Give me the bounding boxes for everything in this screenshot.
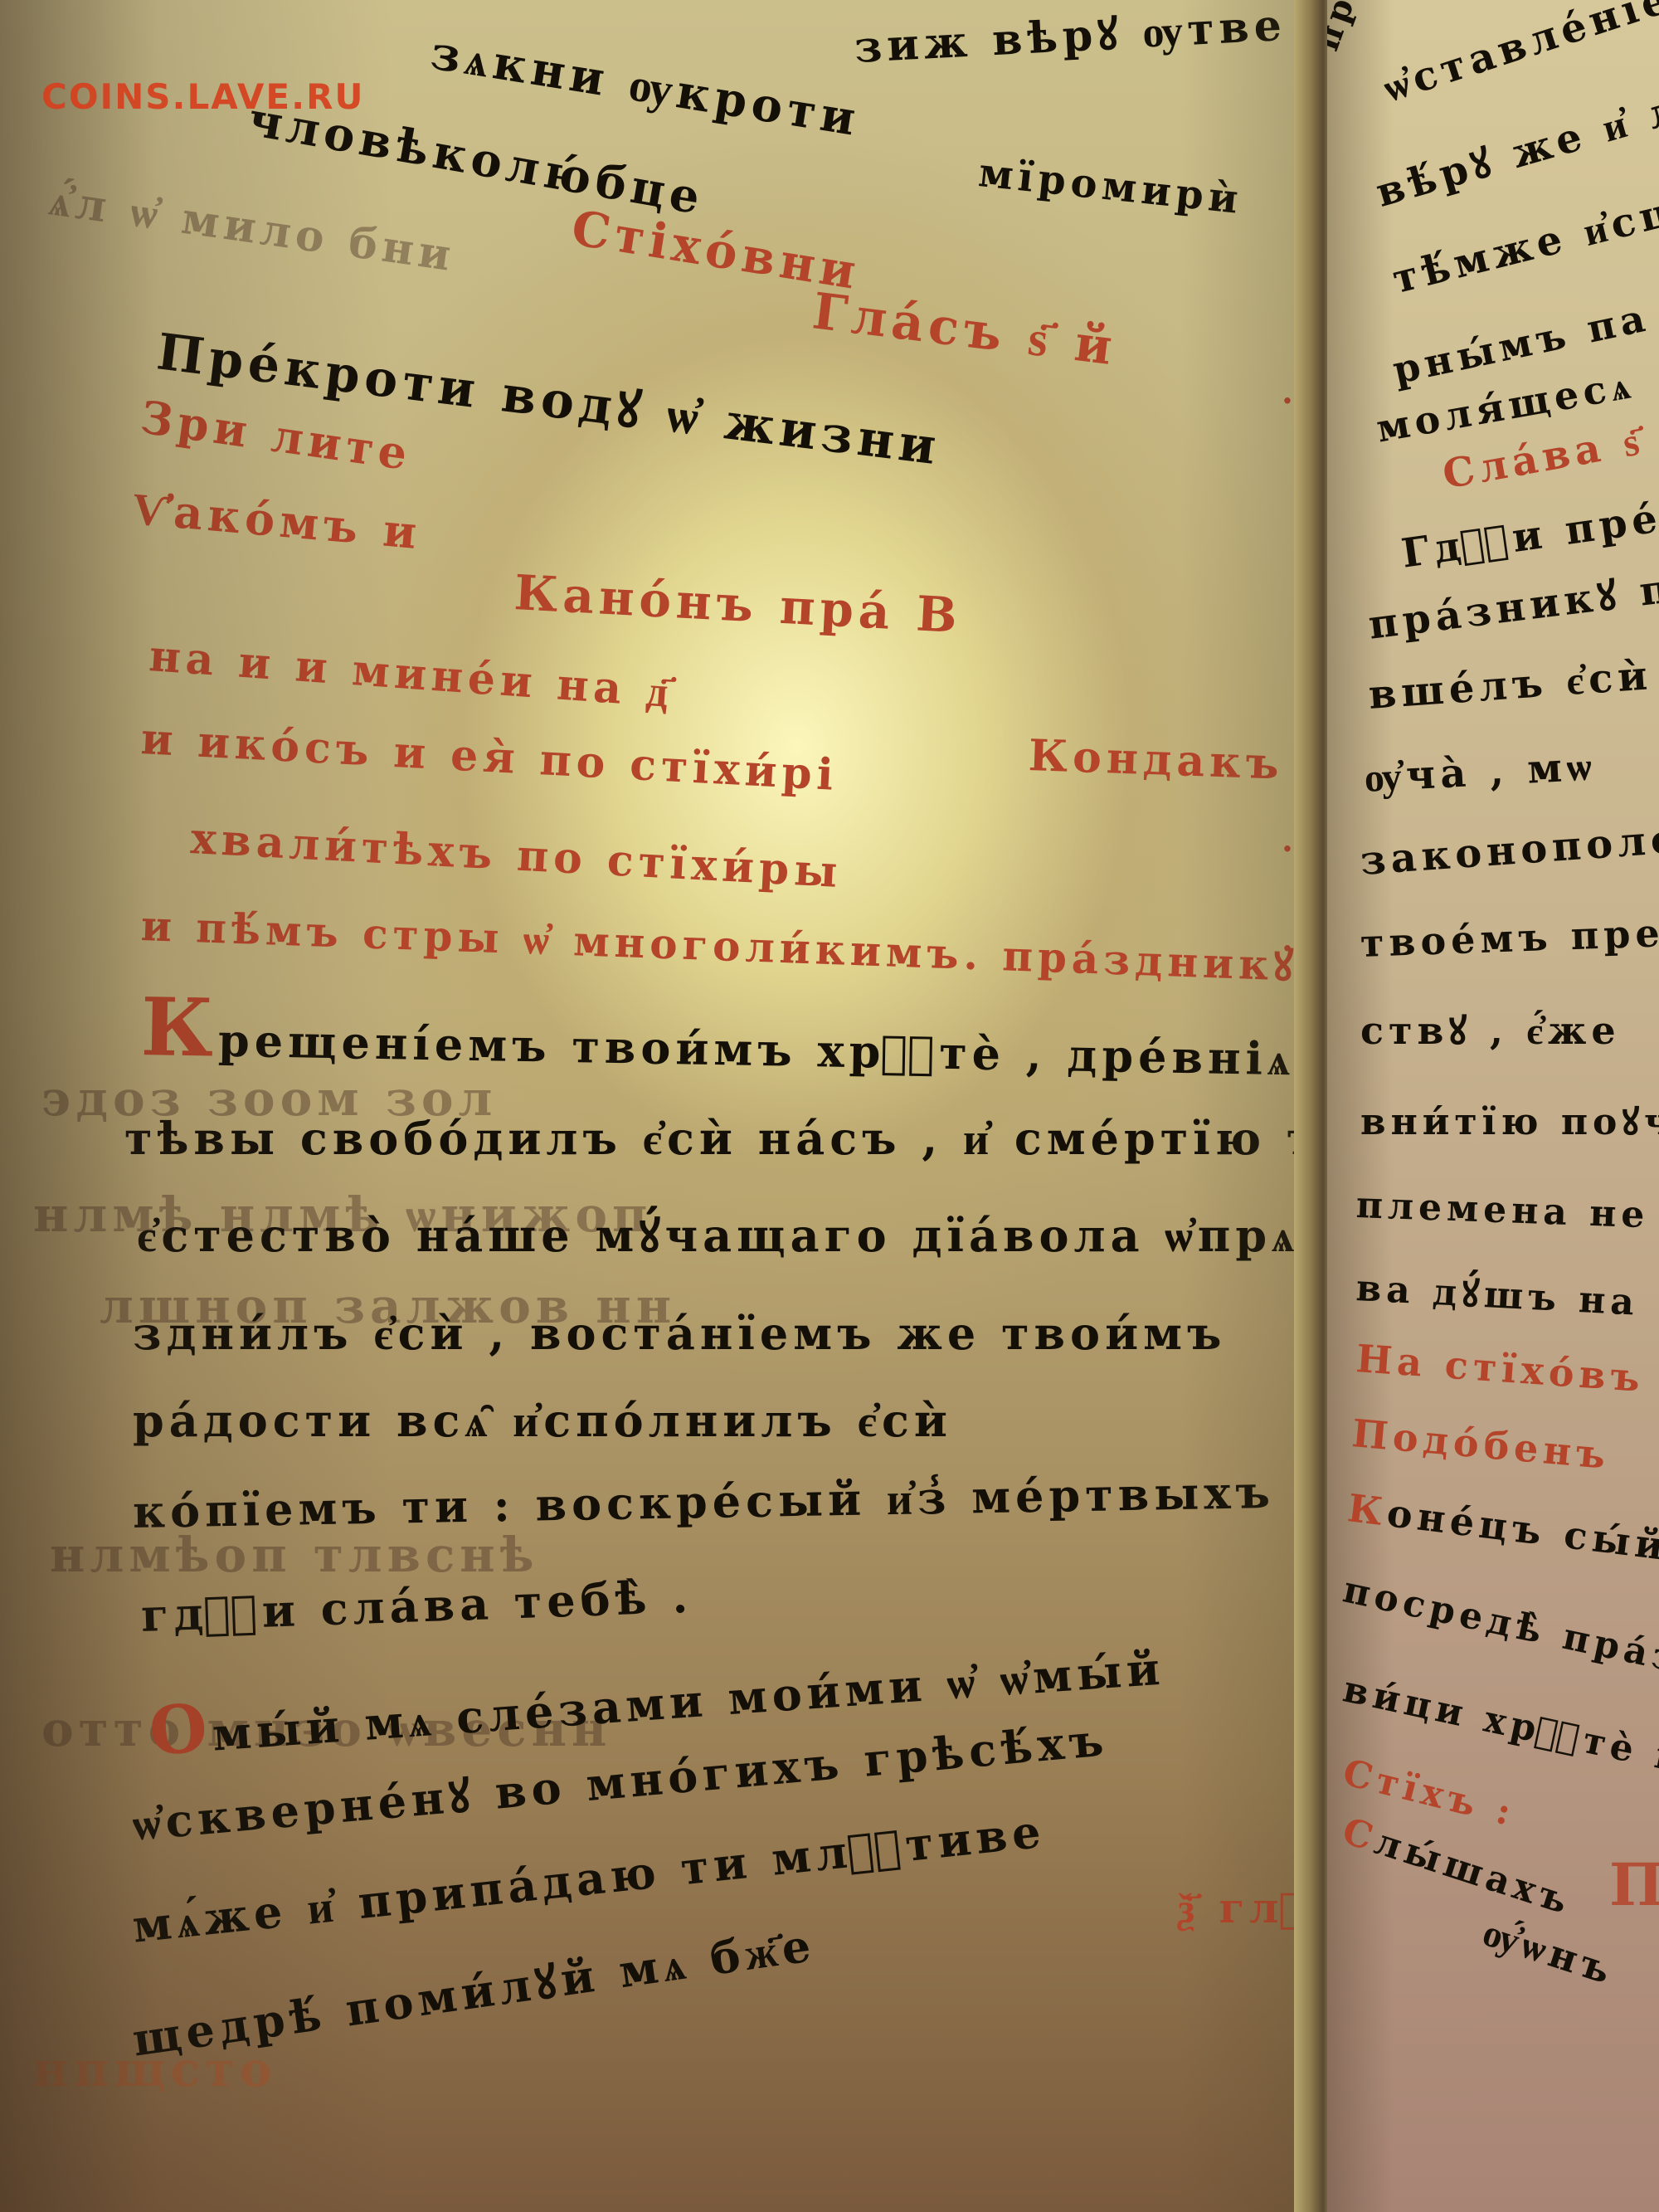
- text-line: тѣвы свобо́дилъ є҆сѝ на́съ , и҆ сме́ртїю…: [124, 1112, 1311, 1165]
- text-line: вше́лъ є҆сѝ ,: [1367, 650, 1659, 719]
- drop-cap-initial: К: [1345, 1485, 1390, 1534]
- text-line: ва дꙋ́шъ на: [1355, 1261, 1640, 1326]
- watermark: COINS.LAVE.RU: [41, 76, 365, 117]
- text-line: ко́пїемъ ти : воскре́сый и҆з̾ ме́ртвыхъ …: [132, 1464, 1311, 1538]
- text-line: Коне́цъ сы́й и: [1345, 1485, 1659, 1576]
- text-line: Слы́шахъ: [1337, 1810, 1578, 1923]
- drop-cap-initial: К: [140, 980, 219, 1075]
- text-line: законоположе́н: [1359, 808, 1659, 884]
- bleed-through-text: ѧ҆́л ѡ҆ мило бни: [46, 174, 459, 281]
- book-spread: ѧ҆́л ѡ҆ мило бни эдоз зоом зол нлмѣ нлмѣ…: [0, 0, 1659, 2212]
- rubric-heading: По: [1609, 1850, 1659, 1919]
- text-line: ѹ҆ча̀ , мѡ: [1364, 743, 1598, 801]
- text-line: племена не ꙋ҆ч: [1355, 1178, 1659, 1240]
- rubric-heading: На стїхо́въ стры: [1355, 1336, 1659, 1411]
- text-line: є҆стество̀ на́ше мꙋ́чащаго дїа́вола ѡ҆пр…: [137, 1203, 1299, 1264]
- drop-cap-initial: О: [147, 1688, 215, 1771]
- text-line: мїромирѝ: [976, 149, 1245, 223]
- text-line: ѹ҆́ѡнъ: [1478, 1909, 1621, 1994]
- rubric-heading: Кондакъ: [1028, 730, 1285, 790]
- text-line: твое́мъ прему́дро: [1360, 904, 1659, 965]
- text-line: ра́дости всѧ̑ и҆спо́лнилъ є҆сѝ: [133, 1394, 952, 1447]
- rubric-heading: хвали́тѣхъ по стїхи́ры: [189, 813, 844, 898]
- rubric-heading: и пѣ́мъ стры ѡ҆ многоли́кимъ. пра́здникꙋ: [140, 896, 1299, 993]
- right-page: прос ѡ҆ставле́нїе ꙗ҆́кѡ вѣ́рꙋ же и҆ лѣ́с…: [1327, 0, 1659, 2212]
- left-page: ѧ҆́л ѡ҆ мило бни эдоз зоом зол нлмѣ нлмѣ…: [0, 0, 1311, 2212]
- rubric-heading: Ѵ҆ако́мъ и: [130, 481, 423, 559]
- rubric-heading: Кано́нъ пра́ В: [513, 564, 963, 644]
- rubric-heading: на и и мине́и на д҃: [148, 631, 675, 718]
- margin-note: ѯ҃ глⷭ҇: [1178, 1883, 1311, 1932]
- text-line: зѧкни ѹкроти: [427, 25, 864, 147]
- text-line: зиж вѣрꙋ ѹтве: [853, 0, 1287, 76]
- text-line: здни́лъ є҆сѝ , воста́нїемъ же твои́мъ: [133, 1307, 1226, 1360]
- text-line: ѡ҆ставле́нїе ꙗ҆́кѡ: [1378, 0, 1659, 112]
- text-line: прос: [1327, 0, 1381, 56]
- rubric-heading: Гла́съ ѕ҃ й: [810, 282, 1121, 377]
- text-line: вни́тїю поꙋча́хꙋ: [1360, 1095, 1659, 1145]
- text-line: Гдⷭ҇и пре́жде: [1399, 480, 1659, 577]
- rubric-heading: Подо́бенъ: [1350, 1411, 1613, 1478]
- rubric-heading: и ико́съ и ея̀ по стїхи́рі: [139, 714, 839, 801]
- text-line: ствꙋ , є҆́же: [1360, 1004, 1621, 1055]
